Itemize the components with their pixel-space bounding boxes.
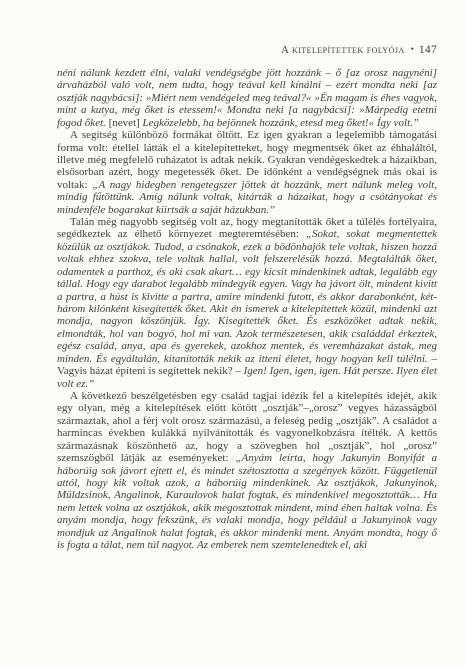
- running-title: A kitelepítettek folyója: [281, 44, 405, 56]
- paragraph: A segítség különböző formákat öltött. Ez…: [57, 129, 437, 216]
- text-segment-italic: „Anyám leírta, hogy Jakunyin Bonyifát a …: [57, 452, 437, 551]
- text-segment-italic: „A nagy hidegben rengetegszer jöttek át …: [57, 179, 437, 216]
- page-number: 147: [419, 44, 437, 56]
- header-separator-dot: •: [405, 44, 419, 54]
- text-segment-italic: „Sokat, sokat megmentettek közülük az os…: [57, 228, 437, 364]
- running-header: A kitelepítettek folyója•147: [57, 40, 437, 58]
- book-page: A kitelepítettek folyója•147 néni nálunk…: [0, 0, 466, 667]
- text-segment-roman: [nevet]: [109, 117, 140, 129]
- paragraph: A következő beszélgetésben egy család ta…: [57, 390, 437, 551]
- paragraph: Talán még nagyobb segítség volt az, hogy…: [57, 216, 437, 390]
- paragraph: néni nálunk kezdett élni, valaki vendégs…: [57, 67, 437, 129]
- body-text-block: néni nálunk kezdett élni, valaki vendégs…: [57, 67, 437, 551]
- text-segment-italic: Legközelebb, ha bejönnek hozzánk, etesd …: [140, 117, 419, 129]
